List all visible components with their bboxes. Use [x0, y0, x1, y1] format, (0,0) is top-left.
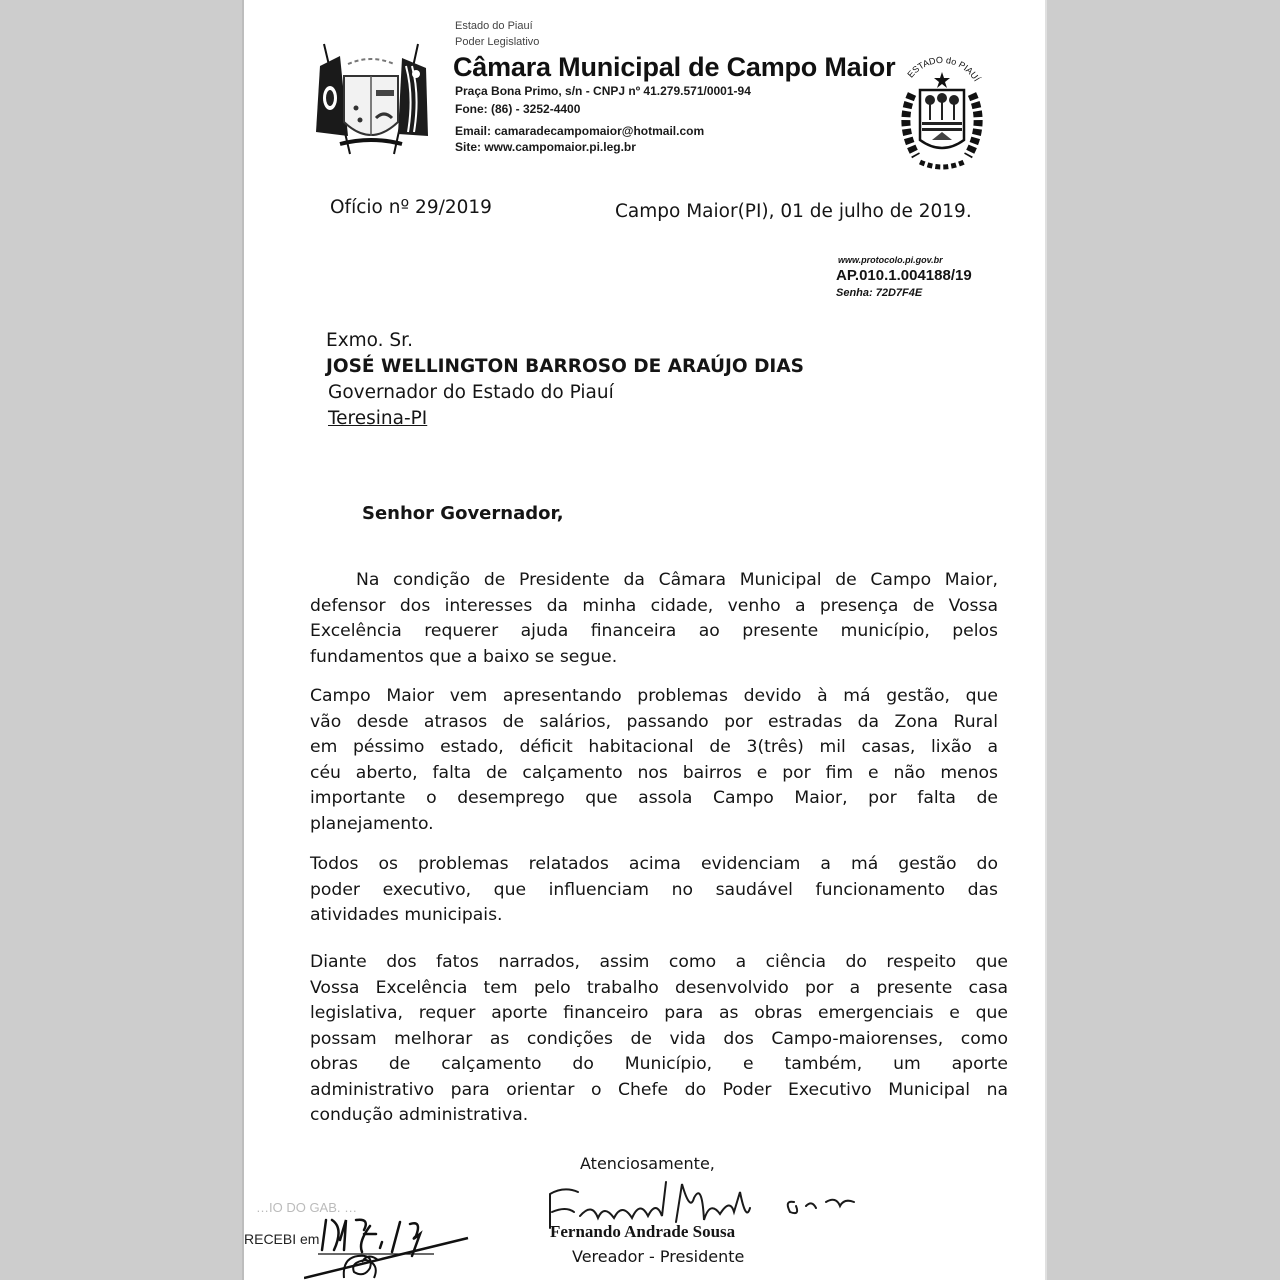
paragraph-line: vão desde atrasos de salários, passando …	[310, 710, 998, 736]
paragraph-line: poder executivo, que influenciam no saud…	[310, 878, 998, 904]
recipient-title: Exmo. Sr.	[326, 330, 413, 351]
institution-name: Câmara Municipal de Campo Maior	[453, 52, 895, 83]
paragraph-line: atividades municipais.	[310, 903, 998, 929]
protocol-site: www.protocolo.pi.gov.br	[838, 255, 943, 265]
header-address: Praça Bona Primo, s/n - CNPJ nº 41.279.5…	[455, 84, 751, 98]
paragraph-line: Vossa Excelência tem pelo trabalho desen…	[310, 976, 1008, 1002]
office-number: Ofício nº 29/2019	[330, 197, 492, 218]
paragraph-line: planejamento.	[310, 812, 998, 838]
paragraph-line: defensor dos interesses da minha cidade,…	[310, 594, 998, 620]
place-date: Campo Maior(PI), 01 de julho de 2019.	[615, 201, 972, 222]
paragraph-line: condução administrativa.	[310, 1103, 1008, 1129]
paragraph-line: Excelência requerer ajuda financeira ao …	[310, 619, 998, 645]
paragraph-line: Todos os problemas relatados acima evide…	[310, 852, 998, 878]
paragraph-line: importante o desemprego que assola Campo…	[310, 786, 998, 812]
protocol-password: Senha: 72D7F4E	[836, 287, 922, 299]
state-coat-of-arms-icon: ESTADO do PIAUÍ	[890, 44, 994, 180]
signer-role: Vereador - Presidente	[572, 1247, 744, 1266]
paragraph-4: Diante dos fatos narrados, assim como a …	[310, 950, 1008, 1129]
paragraph-2: Campo Maior vem apresentando problemas d…	[310, 684, 998, 837]
municipal-coat-of-arms-icon	[310, 36, 432, 160]
paragraph-line: administrativo para orientar o Chefe do …	[310, 1078, 1008, 1104]
paragraph-line: Diante dos fatos narrados, assim como a …	[310, 950, 1008, 976]
paragraph-line: Campo Maior vem apresentando problemas d…	[310, 684, 998, 710]
recipient-role: Governador do Estado do Piauí	[328, 382, 614, 403]
paragraph-line: obras de calçamento do Município, e tamb…	[310, 1052, 1008, 1078]
header-email: Email: camaradecampomaior@hotmail.com	[455, 124, 704, 138]
handwritten-receipt-date	[304, 1212, 474, 1280]
header-branch: Poder Legislativo	[455, 36, 539, 48]
signer-name: Fernando Andrade Sousa	[550, 1222, 735, 1242]
recipient-city: Teresina-PI	[328, 408, 427, 429]
recipient-name: JOSÉ WELLINGTON BARROSO DE ARAÚJO DIAS	[326, 356, 804, 377]
protocol-code: AP.010.1.004188/19	[836, 267, 972, 284]
paragraph-line: em péssimo estado, déficit habitacional …	[310, 735, 998, 761]
paragraph-line: fundamentos que a baixo se segue.	[310, 645, 998, 671]
paragraph-3: Todos os problemas relatados acima evide…	[310, 852, 998, 929]
document-page: Estado do Piauí Poder Legislativo Câmara…	[244, 0, 1045, 1280]
paragraph-line: legislativa, requer aporte financeiro pa…	[310, 1001, 1008, 1027]
valediction: Atenciosamente,	[580, 1154, 715, 1173]
paragraph-line: Na condição de Presidente da Câmara Muni…	[310, 568, 998, 594]
paragraph-1: Na condição de Presidente da Câmara Muni…	[310, 568, 998, 670]
header-state: Estado do Piauí	[455, 20, 533, 32]
header-site: Site: www.campomaior.pi.leg.br	[455, 140, 636, 154]
header-phone: Fone: (86) - 3252-4400	[455, 102, 580, 116]
paragraph-line: céu aberto, falta de calçamento nos bair…	[310, 761, 998, 787]
paragraph-line: possam melhorar as condições de vida dos…	[310, 1027, 1008, 1053]
greeting: Senhor Governador,	[362, 503, 564, 524]
